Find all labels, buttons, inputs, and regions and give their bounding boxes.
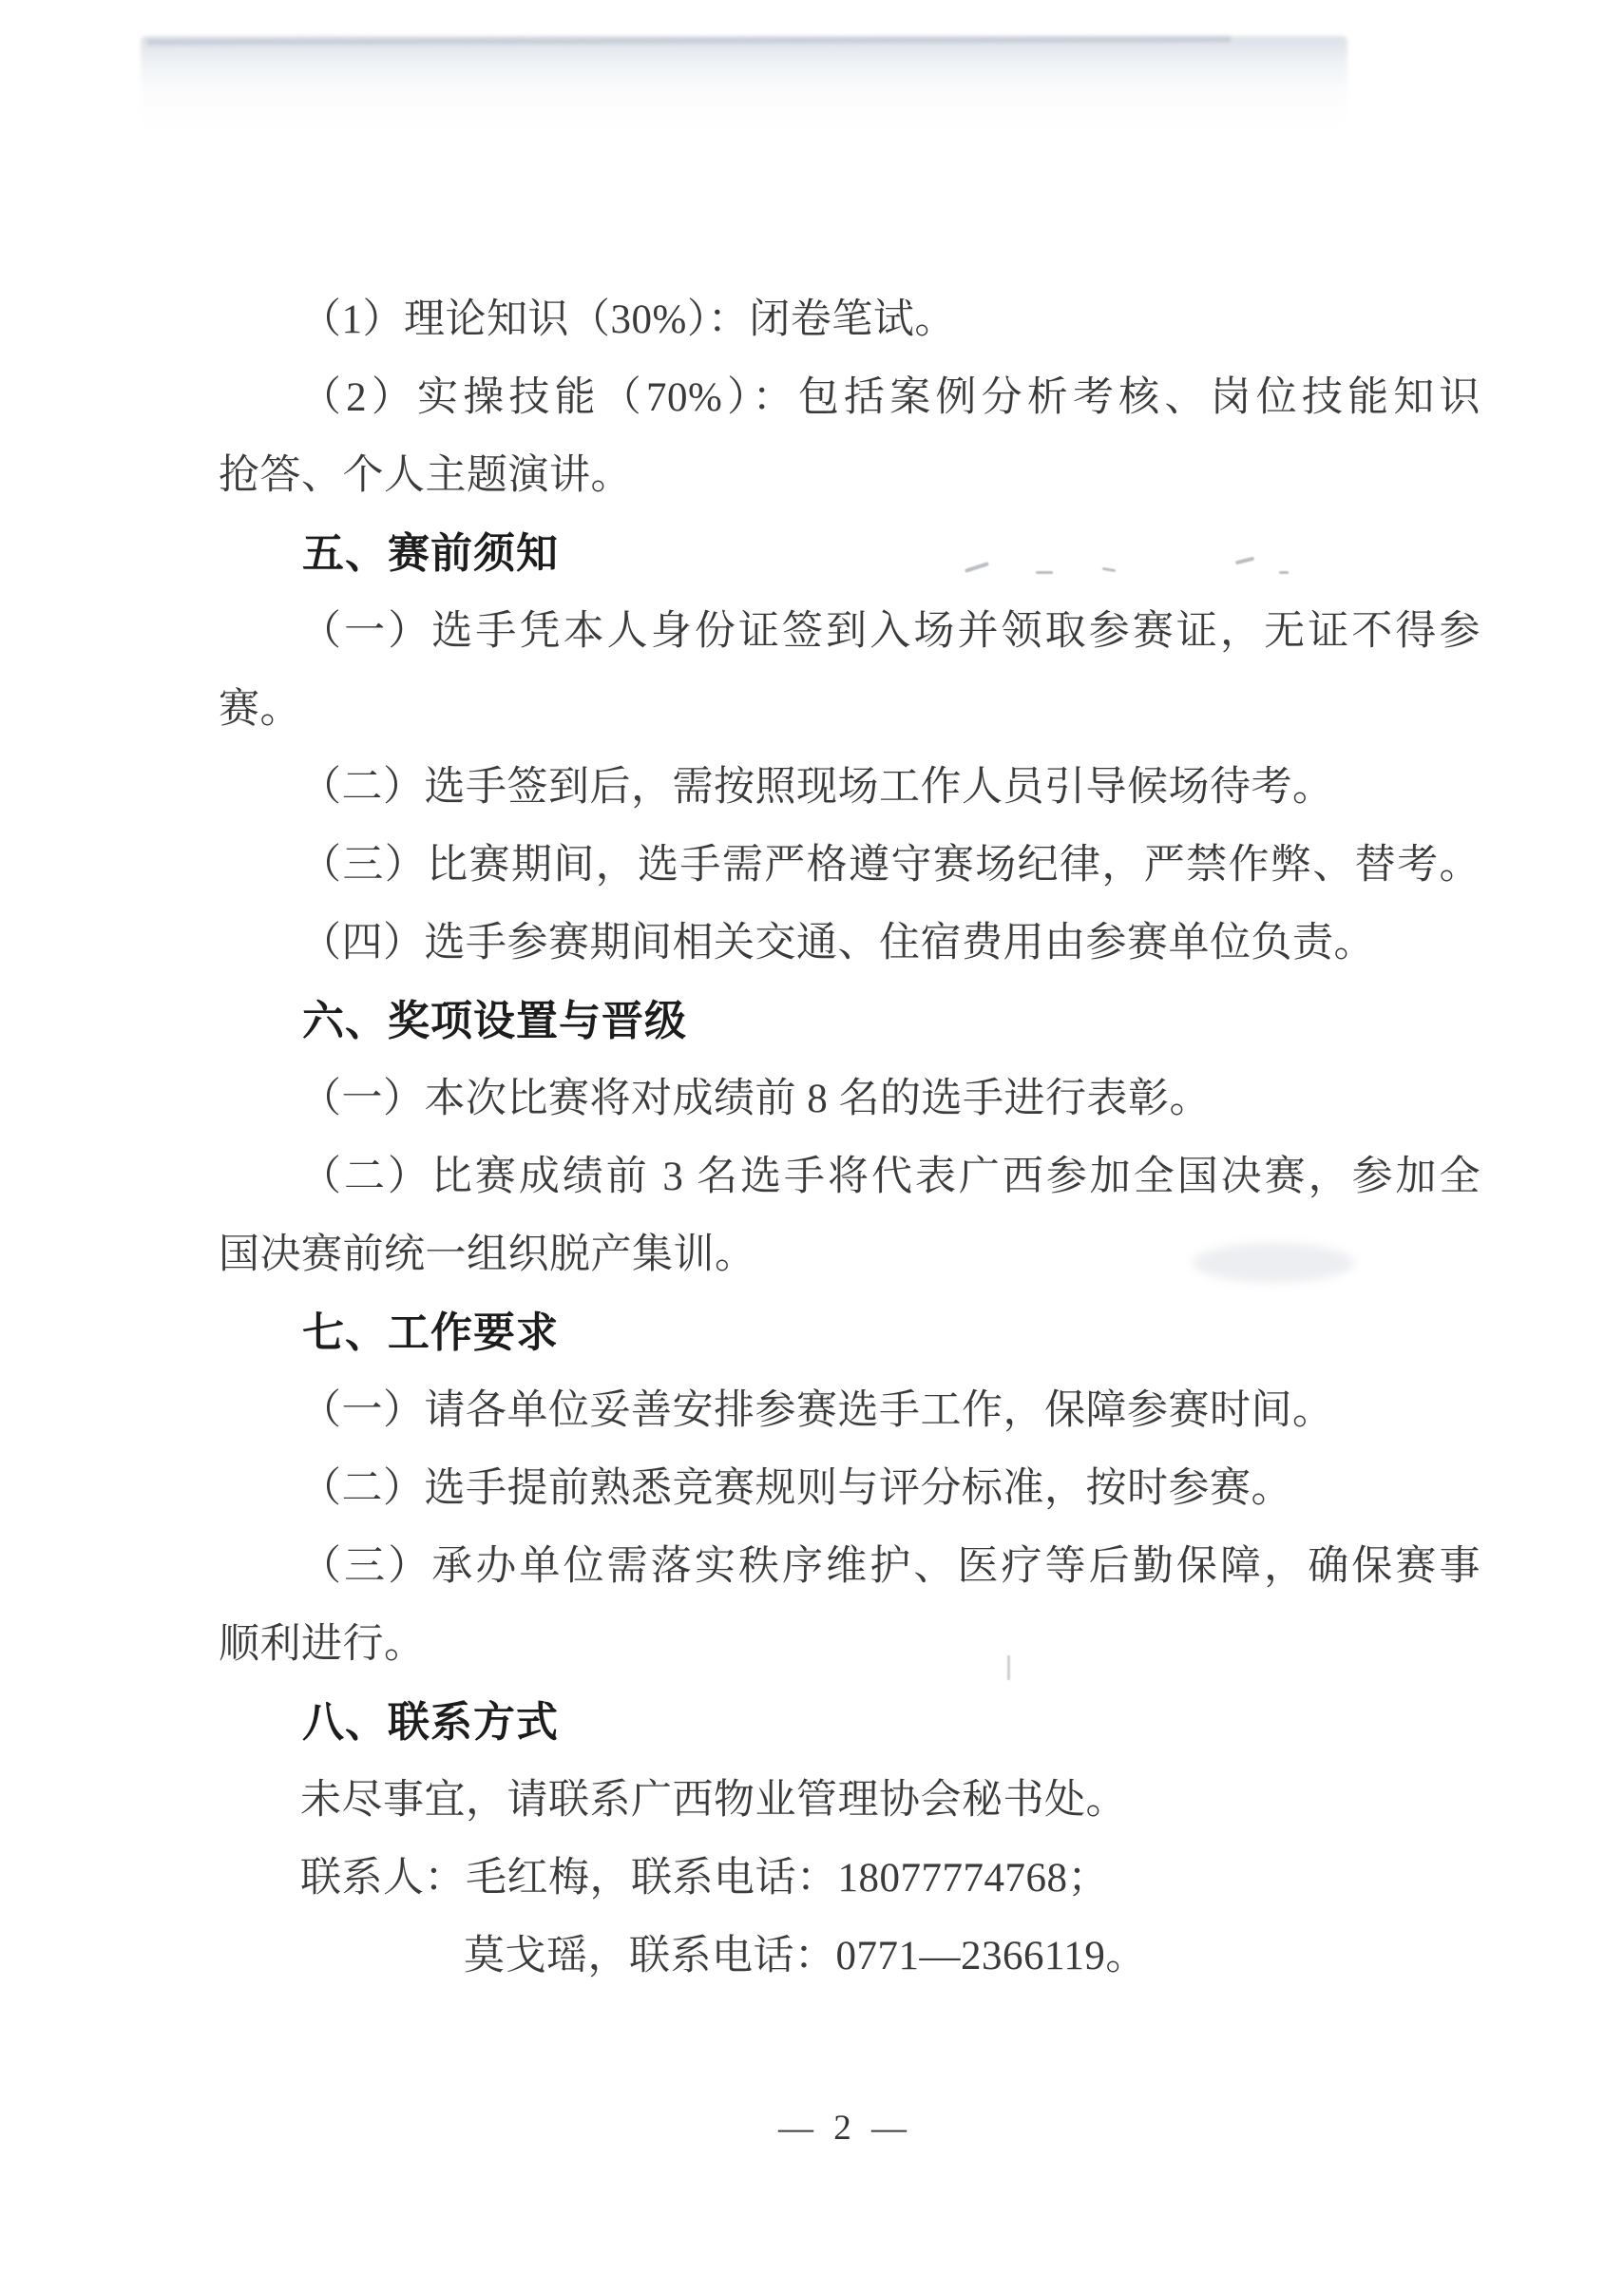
section-heading: 五、赛前须知 bbox=[219, 515, 1481, 593]
section-heading: 七、工作要求 bbox=[219, 1294, 1481, 1372]
list-item-line: （四）选手参赛期间相关交通、住宿费用由参赛单位负责。 bbox=[219, 905, 1481, 983]
list-item-line: （2）实操技能（70%）：包括案例分析考核、岗位技能知识 bbox=[219, 359, 1481, 437]
paragraph-line: 未尽事宜，请联系广西物业管理协会秘书处。 bbox=[219, 1762, 1481, 1840]
paragraph-line: 顺利进行。 bbox=[219, 1606, 1481, 1684]
scan-smudge-top bbox=[141, 36, 1347, 127]
paragraph-line: 赛。 bbox=[219, 671, 1481, 749]
list-item-line: （一）本次比赛将对成绩前 8 名的选手进行表彰。 bbox=[219, 1061, 1481, 1138]
list-item-line: （一）请各单位妥善安排参赛选手工作，保障参赛时间。 bbox=[219, 1372, 1481, 1450]
section-heading: 六、奖项设置与晋级 bbox=[219, 983, 1481, 1061]
paragraph-line: 国决赛前统一组织脱产集训。 bbox=[219, 1216, 1481, 1294]
list-item-line: （1）理论知识（30%）：闭卷笔试。 bbox=[219, 281, 1481, 359]
list-item-line: （一）选手凭本人身份证签到入场并领取参赛证，无证不得参 bbox=[219, 593, 1481, 671]
list-item-line: （二）选手签到后，需按照现场工作人员引导候场待考。 bbox=[219, 749, 1481, 827]
scanned-document-page: （1）理论知识（30%）：闭卷笔试。 （2）实操技能（70%）：包括案例分析考核… bbox=[0, 0, 1624, 2274]
contact-line: 莫戈瑶，联系电话：0771—2366119。 bbox=[219, 1918, 1481, 1996]
contact-line: 联系人：毛红梅，联系电话：18077774768； bbox=[219, 1840, 1481, 1918]
paragraph-line: 抢答、个人主题演讲。 bbox=[219, 437, 1481, 515]
list-item-line: （三）承办单位需落实秩序维护、医疗等后勤保障，确保赛事 bbox=[219, 1528, 1481, 1606]
page-footer: — 2 — bbox=[67, 2108, 1624, 2149]
list-item-line: （二）选手提前熟悉竞赛规则与评分标准，按时参赛。 bbox=[219, 1450, 1481, 1528]
list-item-line: （二）比赛成绩前 3 名选手将代表广西参加全国决赛，参加全 bbox=[219, 1138, 1481, 1216]
list-item-line: （三）比赛期间，选手需严格遵守赛场纪律，严禁作弊、替考。 bbox=[219, 827, 1481, 905]
section-heading: 八、联系方式 bbox=[219, 1684, 1481, 1762]
document-content: （1）理论知识（30%）：闭卷笔试。 （2）实操技能（70%）：包括案例分析考核… bbox=[219, 281, 1481, 1996]
page-number: — 2 — bbox=[778, 2109, 912, 2148]
